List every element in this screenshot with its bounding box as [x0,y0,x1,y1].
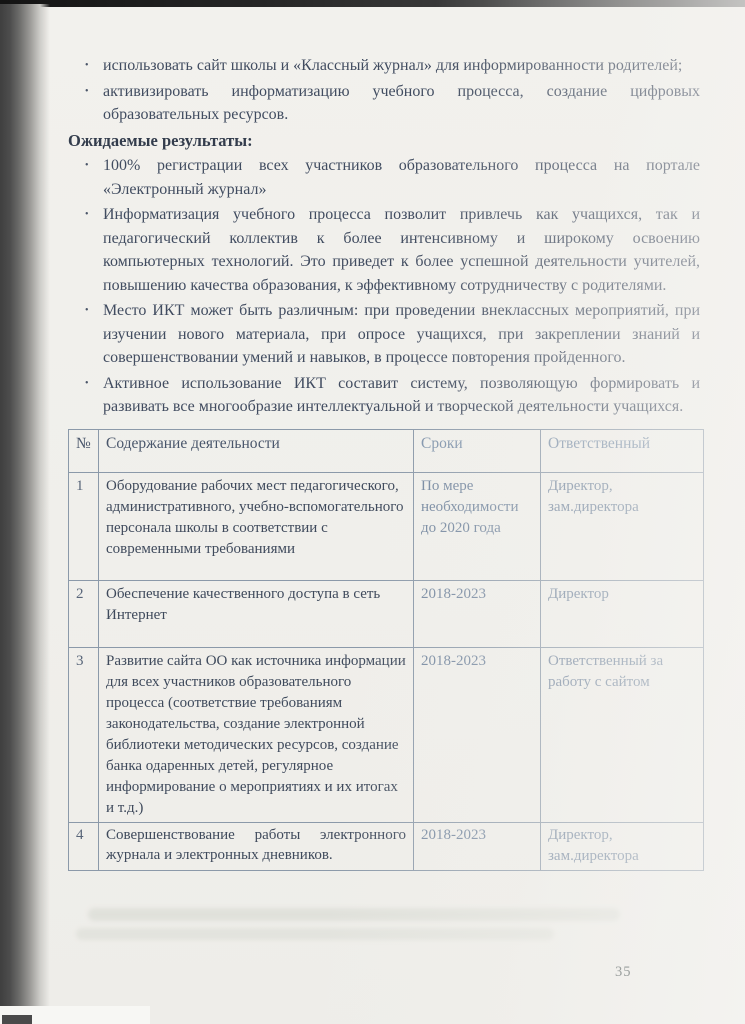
bullet-icon: • [85,203,103,297]
table-row: 3 Развитие сайта ОО как источника информ… [69,647,704,822]
table-header-term: Сроки [414,429,541,472]
row-responsible: Директор [541,580,704,647]
result-bullet-1: • 100% регистрации всех участников образ… [68,154,700,201]
row-number: 3 [69,647,99,822]
bullet-icon: • [85,54,103,78]
row-content: Оборудование рабочих мест педагогическог… [99,472,414,580]
table-row: 4 Совершенствование работы электронного … [69,822,704,870]
scan-binding-shadow [0,4,50,1008]
bullet-icon: • [85,372,103,419]
row-content: Обеспечение качественного доступа в сеть… [99,580,414,647]
bullet-icon: • [85,154,103,201]
scanned-document-page: • использовать сайт школы и «Классный жу… [0,0,745,1024]
result-bullet-1-text: 100% регистрации всех участников образов… [103,154,700,201]
row-responsible: Ответственный за работу с сайтом [541,647,704,822]
row-responsible: Директор, зам.директора [541,472,704,580]
row-number: 1 [69,472,99,580]
intro-bullet-2-text: активизировать информатизацию учебного п… [103,80,700,127]
bleedthrough-text-artifact [76,928,554,940]
table-header-number: № [69,429,99,472]
result-bullet-2: • Информатизация учебного процесса позво… [68,203,700,297]
result-bullet-3: • Место ИКТ может быть различным: при пр… [68,299,700,370]
result-bullet-2-text: Информатизация учебного процесса позволи… [103,203,700,297]
page-number: 35 [615,964,632,981]
intro-bullet-1: • использовать сайт школы и «Классный жу… [68,54,700,78]
bullet-icon: • [85,80,103,127]
result-bullet-4: • Активное использование ИКТ составит си… [68,372,700,419]
row-term: 2018-2023 [414,647,541,822]
intro-bullet-1-text: использовать сайт школы и «Классный журн… [103,54,700,78]
row-term: По мере необходимости до 2020 года [414,472,541,580]
table-row: 1 Оборудование рабочих мест педагогическ… [69,472,704,580]
table-row: 2 Обеспечение качественного доступа в се… [69,580,704,647]
row-content: Совершенствование работы электронного жу… [99,822,414,870]
result-bullet-4-text: Активное использование ИКТ составит сист… [103,372,700,419]
row-term: 2018-2023 [414,580,541,647]
table-header-row: № Содержание деятельности Сроки Ответств… [69,429,704,472]
row-term: 2018-2023 [414,822,541,870]
row-number: 4 [69,822,99,870]
scan-edge-bottom-left [2,1015,32,1024]
row-responsible: Директор, зам.директора [541,822,704,870]
row-content: Развитие сайта ОО как источника информац… [99,647,414,822]
intro-bullet-2: • активизировать информатизацию учебного… [68,80,700,127]
scan-edge-top [0,0,745,7]
table-header-content: Содержание деятельности [99,429,414,472]
bleedthrough-text-artifact [88,908,620,921]
section-heading-expected-results: Ожидаемые результаты: [68,129,700,153]
activity-plan-table: № Содержание деятельности Сроки Ответств… [68,429,704,871]
table-header-responsible: Ответственный [541,429,704,472]
bullet-icon: • [85,299,103,370]
result-bullet-3-text: Место ИКТ может быть различным: при пров… [103,299,700,370]
page-content: • использовать сайт школы и «Классный жу… [68,54,700,871]
row-number: 2 [69,580,99,647]
